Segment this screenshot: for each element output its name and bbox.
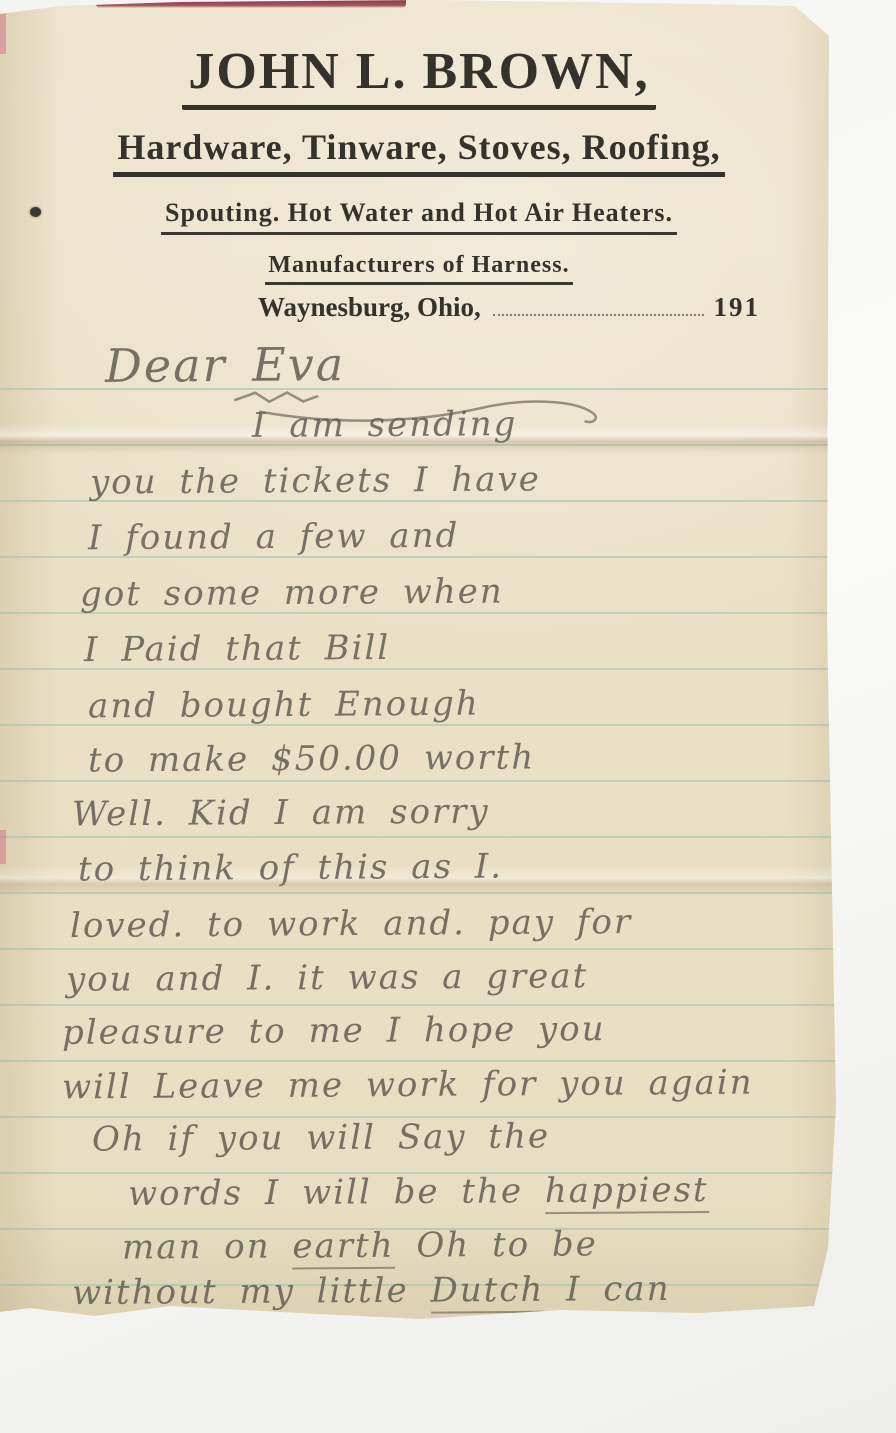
handwritten-line: Well. Kid I am sorry [72,793,490,835]
handwritten-line: I am sending [252,405,518,446]
handwritten-line: to think of this as I. [78,848,503,890]
dateline-year-prefix: 191 [714,292,761,323]
handwritten-line: and bought Enough [88,685,480,727]
dateline: Waynesburg, Ohio, 191 [258,289,760,323]
tagline-products: Hardware, Tinware, Stoves, Roofing, [0,126,838,177]
business-name: JOHN L. BROWN, [0,42,838,110]
handwritten-line: I Paid that Bill [84,629,390,670]
handwritten-line: pleasure to me I hope you [62,1010,606,1053]
handwritten-line: will Leave me work for you again [62,1064,754,1108]
handwritten-line: Oh if you will Say the [92,1117,550,1159]
handwritten-line: without my little Dutch I can [72,1270,671,1313]
scan-edge-mark [0,830,6,864]
handwritten-line: got some more when [80,573,504,615]
handwritten-line: to make $50.00 worth [88,738,535,780]
salutation-line: Dear Eva [105,337,346,393]
handwritten-line: words I will be the happiest [128,1171,709,1214]
backing-sheet-edge [96,0,406,8]
handwritten-line: you and I. it was a great [66,957,589,1000]
handwritten-line: man on earth Oh to be [122,1225,598,1267]
tagline-harness: Manufacturers of Harness. [0,252,838,285]
dateline-blank-rule [493,289,704,316]
scanner-background: JOHN L. BROWN, Hardware, Tinware, Stoves… [0,0,896,1433]
handwritten-line: loved. to work and. pay for [70,903,632,946]
handwritten-line: I found a few and [88,517,460,559]
letter-paper: JOHN L. BROWN, Hardware, Tinware, Stoves… [0,0,838,1320]
letterhead: JOHN L. BROWN, Hardware, Tinware, Stoves… [0,42,838,285]
dateline-place: Waynesburg, Ohio, [258,292,481,323]
tagline-services: Spouting. Hot Water and Hot Air Heaters. [0,198,838,235]
handwritten-line: you the tickets I have [90,460,541,502]
